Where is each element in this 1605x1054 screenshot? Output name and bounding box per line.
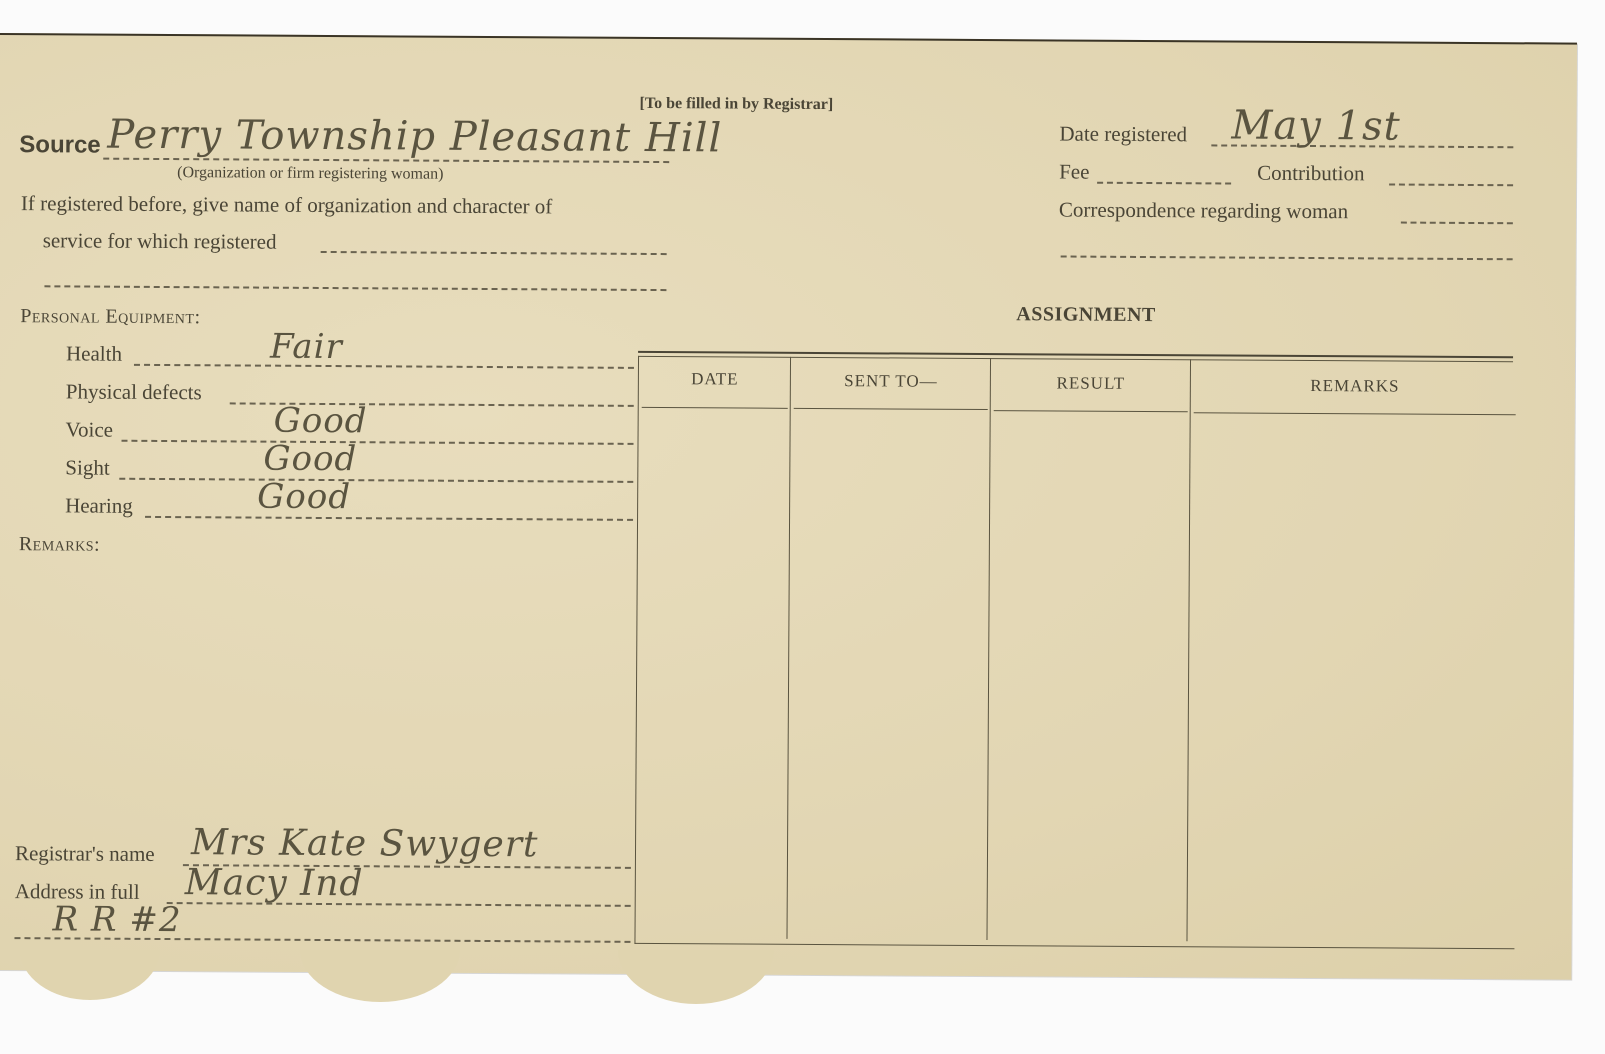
voice-value[interactable]: Good xyxy=(274,401,368,442)
correspondence-label: Correspondence regarding woman xyxy=(1059,197,1348,224)
correspondence-line-2[interactable] xyxy=(1061,255,1513,260)
col-divider-3 xyxy=(1186,359,1191,941)
health-line xyxy=(134,364,634,369)
personal-equipment-heading: Personal Equipment: xyxy=(20,305,200,329)
health-value[interactable]: Fair xyxy=(270,327,343,367)
index-tab-2 xyxy=(300,950,460,1002)
table-left-border xyxy=(634,356,639,944)
health-label: Health xyxy=(66,341,122,366)
registered-before-label-2: service for which registered xyxy=(43,228,277,254)
source-label: Source xyxy=(19,131,101,159)
contribution-label: Contribution xyxy=(1257,161,1364,187)
sight-label: Sight xyxy=(65,455,110,480)
col-header-sent-to: SENT TO— xyxy=(794,371,988,392)
registrar-note: [To be filled in by Registrar] xyxy=(640,95,834,114)
fee-line[interactable] xyxy=(1097,182,1231,185)
header-rule-3 xyxy=(994,410,1188,412)
header-rule-1 xyxy=(642,407,788,409)
index-tab-3 xyxy=(618,950,774,1004)
physical-defects-label: Physical defects xyxy=(66,379,202,405)
header-rule-4 xyxy=(1194,412,1516,415)
col-header-date: DATE xyxy=(642,369,788,390)
table-bottom-rule xyxy=(634,943,1514,949)
registered-before-line-1[interactable] xyxy=(321,251,667,255)
assignment-title: ASSIGNMENT xyxy=(1016,303,1156,327)
fee-label: Fee xyxy=(1059,159,1089,184)
contribution-line[interactable] xyxy=(1389,183,1513,186)
address-value-1[interactable]: Macy Ind xyxy=(185,862,364,904)
hearing-value[interactable]: Good xyxy=(257,477,351,518)
col-header-result: RESULT xyxy=(994,373,1188,394)
registrar-name-value[interactable]: Mrs Kate Swygert xyxy=(191,822,539,865)
hearing-line xyxy=(145,516,633,521)
header-rule-2 xyxy=(794,408,988,410)
index-tab-1 xyxy=(20,950,160,1000)
correspondence-line-1[interactable] xyxy=(1401,222,1513,225)
hearing-label: Hearing xyxy=(65,493,133,518)
sight-line xyxy=(119,478,633,483)
registered-before-line-2[interactable] xyxy=(44,285,666,291)
date-registered-label: Date registered xyxy=(1059,121,1187,147)
col-header-remarks: REMARKS xyxy=(1194,375,1516,397)
remarks-heading: Remarks: xyxy=(19,533,100,556)
address-value-2[interactable]: R R #2 xyxy=(52,899,181,940)
source-value[interactable]: Perry Township Pleasant Hill xyxy=(107,112,722,162)
assignment-table: DATE SENT TO— RESULT REMARKS xyxy=(0,35,1577,45)
source-sublabel: (Organization or firm registering woman) xyxy=(177,164,443,184)
col-divider-2 xyxy=(986,358,991,940)
date-registered-value[interactable]: May 1st xyxy=(1231,103,1400,150)
remarks-area[interactable] xyxy=(17,565,619,829)
registration-card: [To be filled in by Registrar] Source Pe… xyxy=(0,33,1577,980)
sight-value[interactable]: Good xyxy=(263,439,357,480)
voice-label: Voice xyxy=(66,417,114,442)
col-divider-1 xyxy=(786,357,791,939)
voice-line xyxy=(122,440,634,445)
registrar-name-label: Registrar's name xyxy=(15,841,155,867)
registered-before-label-1: If registered before, give name of organ… xyxy=(21,191,553,219)
